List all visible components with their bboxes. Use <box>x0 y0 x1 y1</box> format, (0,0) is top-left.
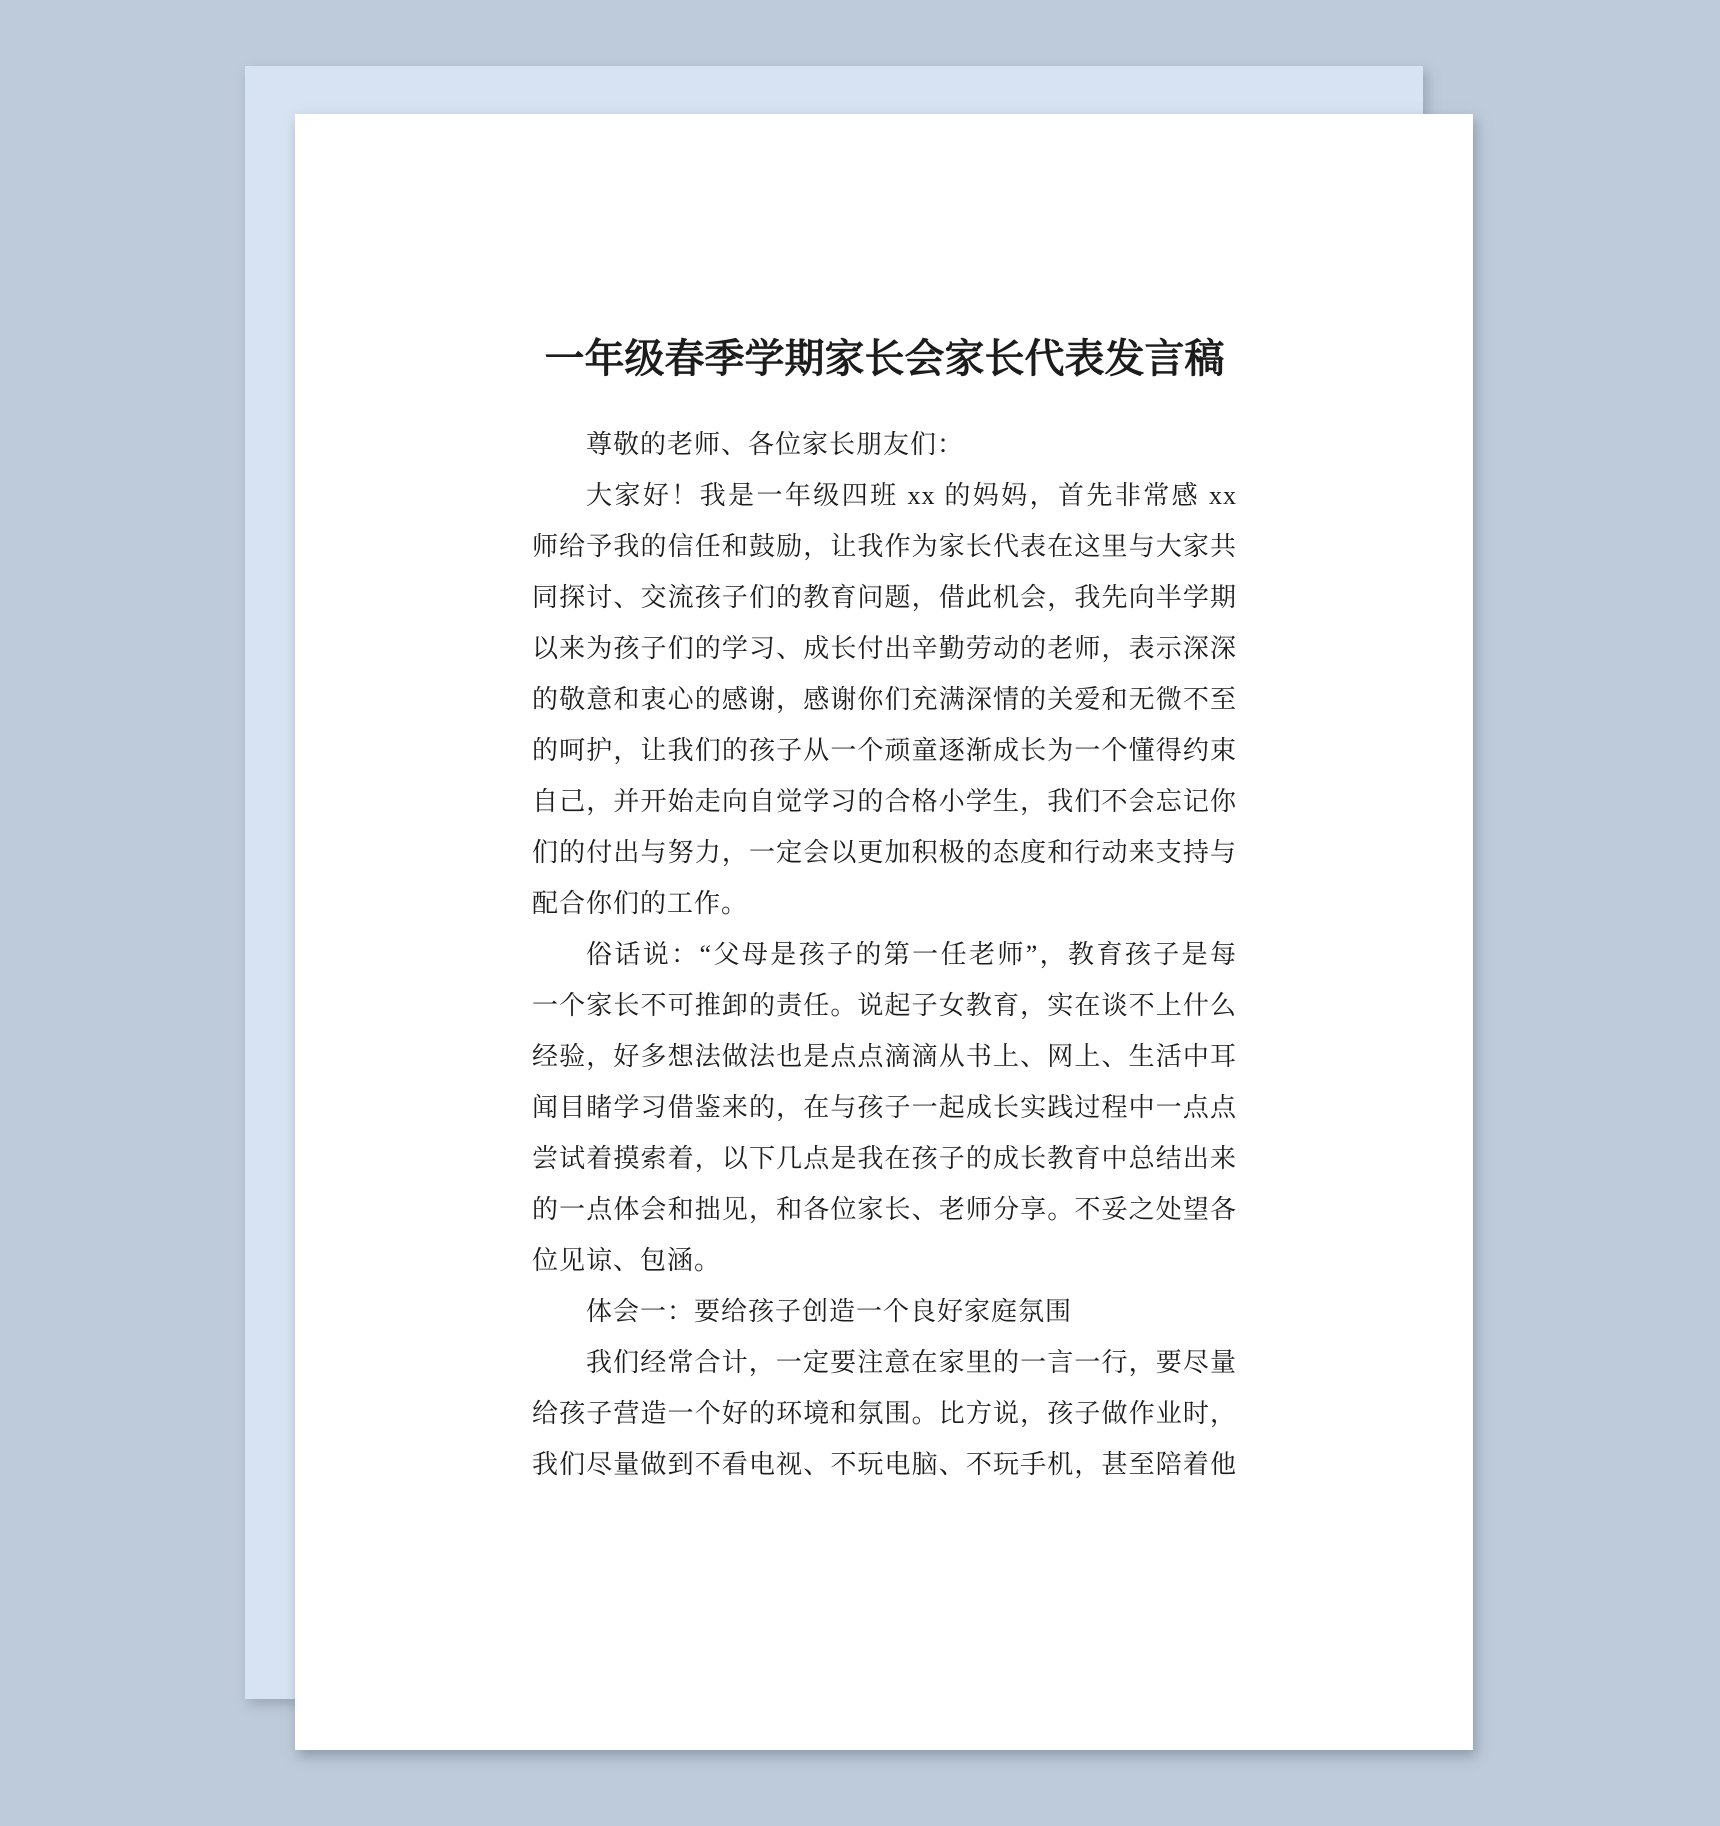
text-line: 师给予我的信任和鼓励，让我作为家长代表在这里与大家共 <box>532 521 1237 572</box>
text-line: 以来为孩子们的学习、成长付出辛勤劳动的老师，表示深深 <box>532 623 1237 674</box>
text-line: 体会一：要给孩子创造一个良好家庭氛围 <box>532 1286 1237 1337</box>
text-line: 自己，并开始走向自觉学习的合格小学生，我们不会忘记你 <box>532 776 1237 827</box>
text-line: 的一点体会和拙见，和各位家长、老师分享。不妥之处望各 <box>532 1184 1237 1235</box>
text-line: 我们经常合计，一定要注意在家里的一言一行，要尽量 <box>532 1337 1237 1388</box>
text-line: 闻目睹学习借鉴来的，在与孩子一起成长实践过程中一点点 <box>532 1082 1237 1133</box>
document-page: 一年级春季学期家长会家长代表发言稿 尊敬的老师、各位家长朋友们：大家好！我是一年… <box>295 114 1473 1750</box>
text-line: 的敬意和衷心的感谢，感谢你们充满深情的关爱和无微不至 <box>532 674 1237 725</box>
text-line: 经验，好多想法做法也是点点滴滴从书上、网上、生活中耳 <box>532 1031 1237 1082</box>
text-line: 位见谅、包涵。 <box>532 1235 1237 1286</box>
text-line: 配合你们的工作。 <box>532 878 1237 929</box>
text-line: 一个家长不可推卸的责任。说起子女教育，实在谈不上什么 <box>532 980 1237 1031</box>
text-line: 尊敬的老师、各位家长朋友们： <box>532 419 1237 470</box>
text-line: 同探讨、交流孩子们的教育问题，借此机会，我先向半学期 <box>532 572 1237 623</box>
document-title: 一年级春季学期家长会家长代表发言稿 <box>532 330 1237 387</box>
document-body: 尊敬的老师、各位家长朋友们：大家好！我是一年级四班 xx 的妈妈，首先非常感 x… <box>532 419 1237 1490</box>
text-line: 我们尽量做到不看电视、不玩电脑、不玩手机，甚至陪着他 <box>532 1439 1237 1490</box>
text-line: 给孩子营造一个好的环境和氛围。比方说，孩子做作业时， <box>532 1388 1237 1439</box>
text-line: 们的付出与努力，一定会以更加积极的态度和行动来支持与 <box>532 827 1237 878</box>
text-line: 俗话说：“父母是孩子的第一任老师”，教育孩子是每 <box>532 929 1237 980</box>
text-line: 大家好！我是一年级四班 xx 的妈妈，首先非常感 xx 老 <box>532 470 1237 521</box>
text-line: 的呵护，让我们的孩子从一个顽童逐渐成长为一个懂得约束 <box>532 725 1237 776</box>
text-line: 尝试着摸索着，以下几点是我在孩子的成长教育中总结出来 <box>532 1133 1237 1184</box>
desktop-background: { "colors":{ "background":"#becbda", "ba… <box>0 0 1720 1826</box>
